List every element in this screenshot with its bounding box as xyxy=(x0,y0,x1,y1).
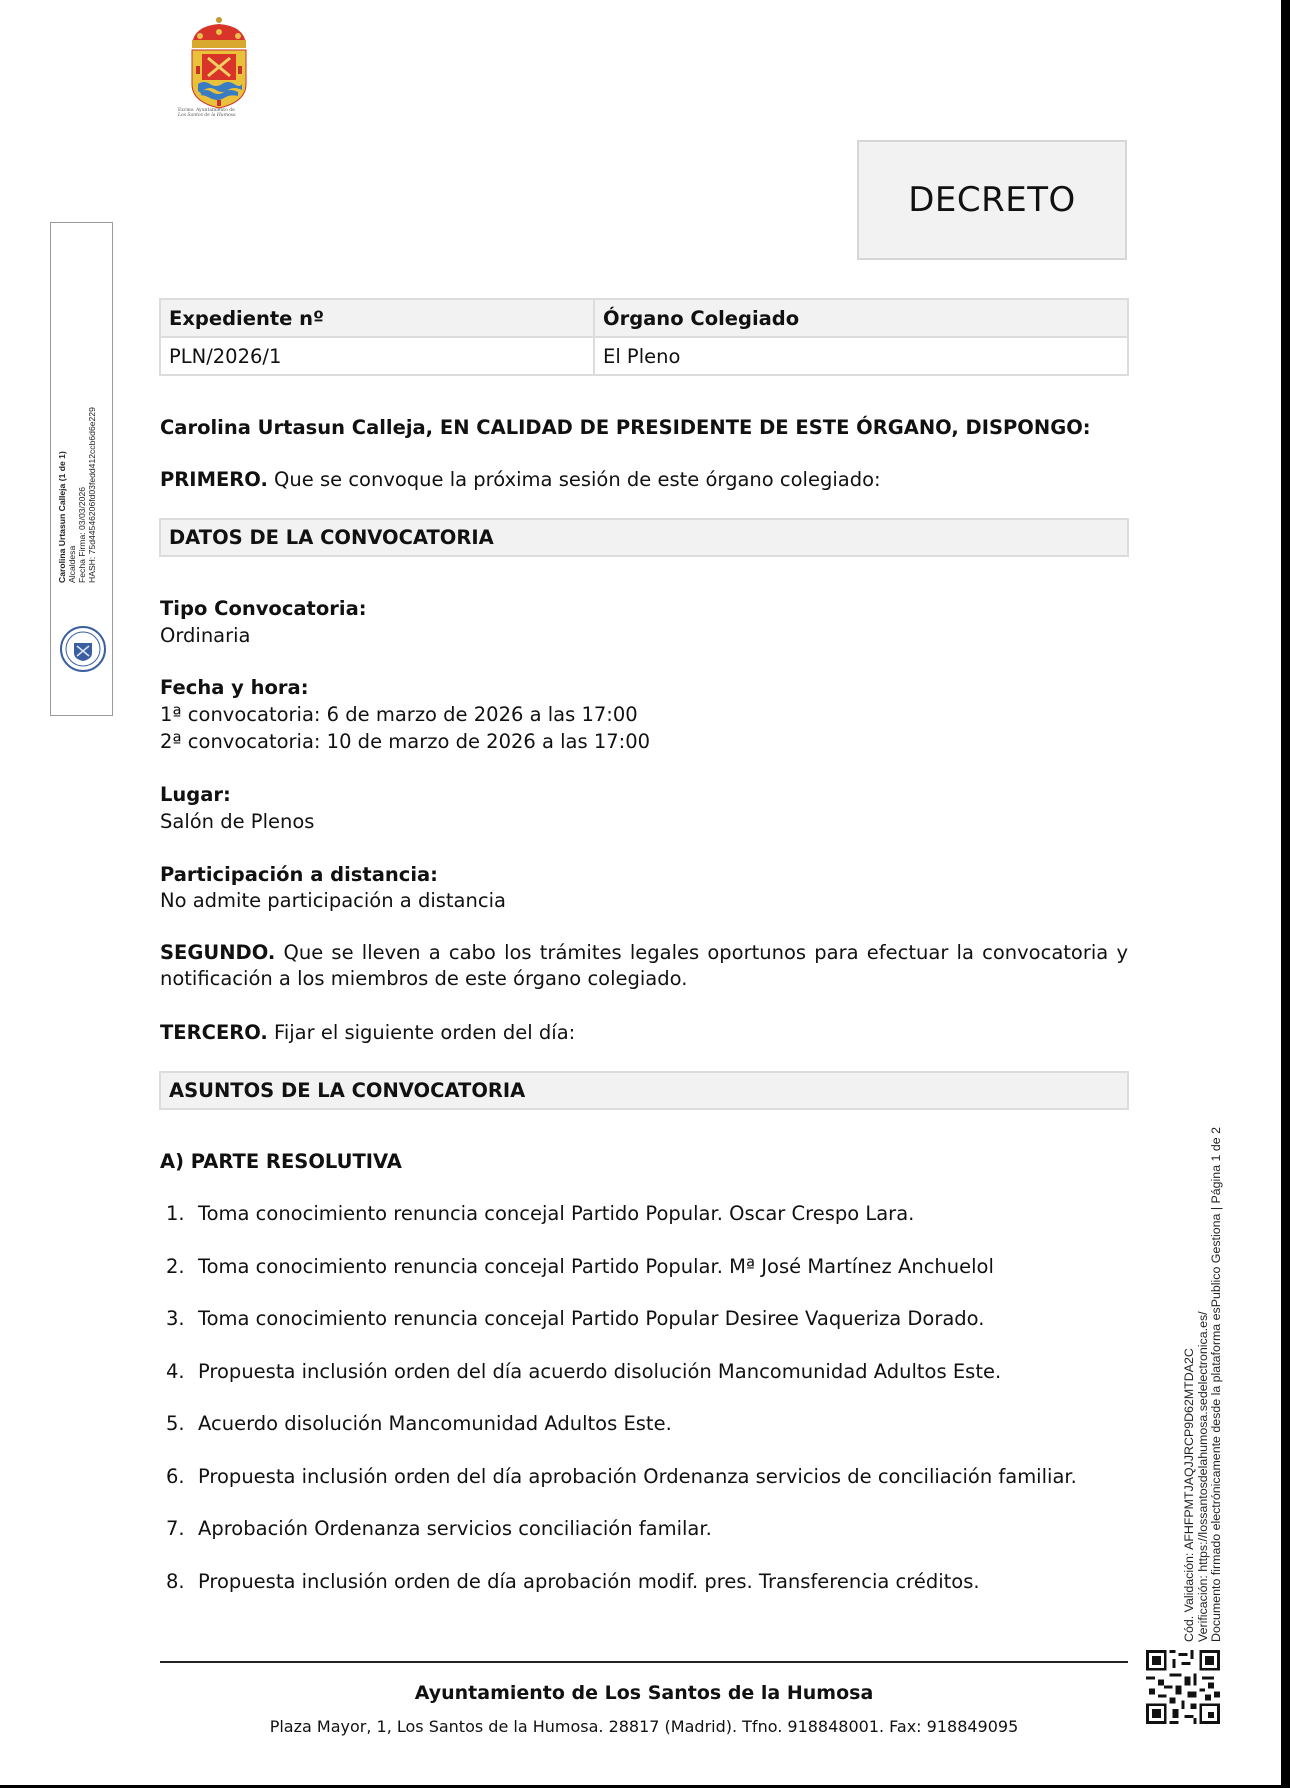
coat-of-arms-icon xyxy=(184,14,254,110)
fecha-segunda: 2ª convocatoria: 10 de marzo de 2026 a l… xyxy=(160,729,650,755)
expediente-table: Expediente nº Órgano Colegiado PLN/2026/… xyxy=(159,298,1129,376)
tercero-text: Fijar el siguiente orden del día: xyxy=(268,1021,575,1044)
primero-paragraph: PRIMERO. Que se convoque la próxima sesi… xyxy=(160,467,881,493)
signature-date: Fecha Firma: 03/03/2026 xyxy=(77,353,87,583)
signature-stamp: Carolina Urtasun Calleja (1 de 1) Alcald… xyxy=(50,222,113,716)
tipo-label: Tipo Convocatoria: xyxy=(160,596,367,622)
qr-code-icon[interactable] xyxy=(1146,1650,1220,1724)
table-row: PLN/2026/1 El Pleno xyxy=(160,337,1128,375)
datos-convocatoria-heading: DATOS DE LA CONVOCATORIA xyxy=(159,518,1129,557)
tipo-value: Ordinaria xyxy=(160,623,251,649)
verification-info: Cód. Validación: AFHFPMTJAQJJRCP9D62MTDA… xyxy=(1183,1102,1224,1642)
signature-hash: HASH: 75d44546206fd03fedd412ccb6d6e229 xyxy=(87,353,97,583)
logo-caption: Excmo. Ayuntamiento de Los Santos de la … xyxy=(178,108,258,118)
table-header-row: Expediente nº Órgano Colegiado xyxy=(160,299,1128,337)
signer-name: Carolina Urtasun Calleja (1 de 1) xyxy=(57,353,67,583)
table-header-expediente: Expediente nº xyxy=(160,299,594,337)
list-item: 5.Acuerdo disolución Mancomunidad Adulto… xyxy=(166,1411,1077,1464)
signer-role: Alcaldesa xyxy=(67,353,77,583)
organo-colegiado: El Pleno xyxy=(594,337,1128,375)
agenda-list: 1.Toma conocimiento renuncia concejal Pa… xyxy=(166,1201,1077,1621)
document-type-box: DECRETO xyxy=(857,140,1127,260)
verification-url[interactable]: Verificación: https://lossantosdelahumos… xyxy=(1197,1102,1211,1642)
disposition-intro: Carolina Urtasun Calleja, EN CALIDAD DE … xyxy=(160,415,1091,441)
distancia-label: Participación a distancia: xyxy=(160,862,438,888)
segundo-paragraph: SEGUNDO. Que se lleven a cabo los trámit… xyxy=(160,940,1128,992)
primero-text: Que se convoque la próxima sesión de est… xyxy=(268,468,881,491)
fecha-label: Fecha y hora: xyxy=(160,675,309,701)
lugar-value: Salón de Plenos xyxy=(160,809,314,835)
primero-label: PRIMERO. xyxy=(160,468,268,491)
lugar-label: Lugar: xyxy=(160,782,231,808)
fecha-primera: 1ª convocatoria: 6 de marzo de 2026 a la… xyxy=(160,702,638,728)
asuntos-convocatoria-heading: ASUNTOS DE LA CONVOCATORIA xyxy=(159,1071,1129,1110)
parte-resolutiva-heading: A) PARTE RESOLUTIVA xyxy=(160,1149,402,1175)
footer-divider xyxy=(160,1661,1128,1663)
table-header-organo: Órgano Colegiado xyxy=(594,299,1128,337)
list-item: 1.Toma conocimiento renuncia concejal Pa… xyxy=(166,1201,1077,1254)
segundo-text: Que se lleven a cabo los trámites legale… xyxy=(160,941,1128,990)
list-item: 2.Toma conocimiento renuncia concejal Pa… xyxy=(166,1254,1077,1307)
list-item: 6.Propuesta inclusión orden del día apro… xyxy=(166,1464,1077,1517)
footer-title: Ayuntamiento de Los Santos de la Humosa xyxy=(160,1682,1128,1704)
tercero-label: TERCERO. xyxy=(160,1021,268,1044)
list-item: 7.Aprobación Ordenanza servicios concili… xyxy=(166,1516,1077,1569)
official-seal-icon xyxy=(59,625,107,673)
validation-code: Cód. Validación: AFHFPMTJAQJJRCP9D62MTDA… xyxy=(1183,1102,1197,1642)
list-item: 4.Propuesta inclusión orden del día acue… xyxy=(166,1359,1077,1412)
tercero-paragraph: TERCERO. Fijar el siguiente orden del dí… xyxy=(160,1020,575,1046)
distancia-value: No admite participación a distancia xyxy=(160,888,506,914)
segundo-label: SEGUNDO. xyxy=(160,941,275,964)
list-item: 3.Toma conocimiento renuncia concejal Pa… xyxy=(166,1306,1077,1359)
expediente-number: PLN/2026/1 xyxy=(160,337,594,375)
list-item: 8.Propuesta inclusión orden de día aprob… xyxy=(166,1569,1077,1622)
signed-platform-page: Documento firmado electrónicamente desde… xyxy=(1210,1102,1224,1642)
footer-address: Plaza Mayor, 1, Los Santos de la Humosa.… xyxy=(160,1717,1128,1736)
scan-edge-right xyxy=(1281,0,1290,1788)
signature-stamp-text: Carolina Urtasun Calleja (1 de 1) Alcald… xyxy=(57,353,97,583)
